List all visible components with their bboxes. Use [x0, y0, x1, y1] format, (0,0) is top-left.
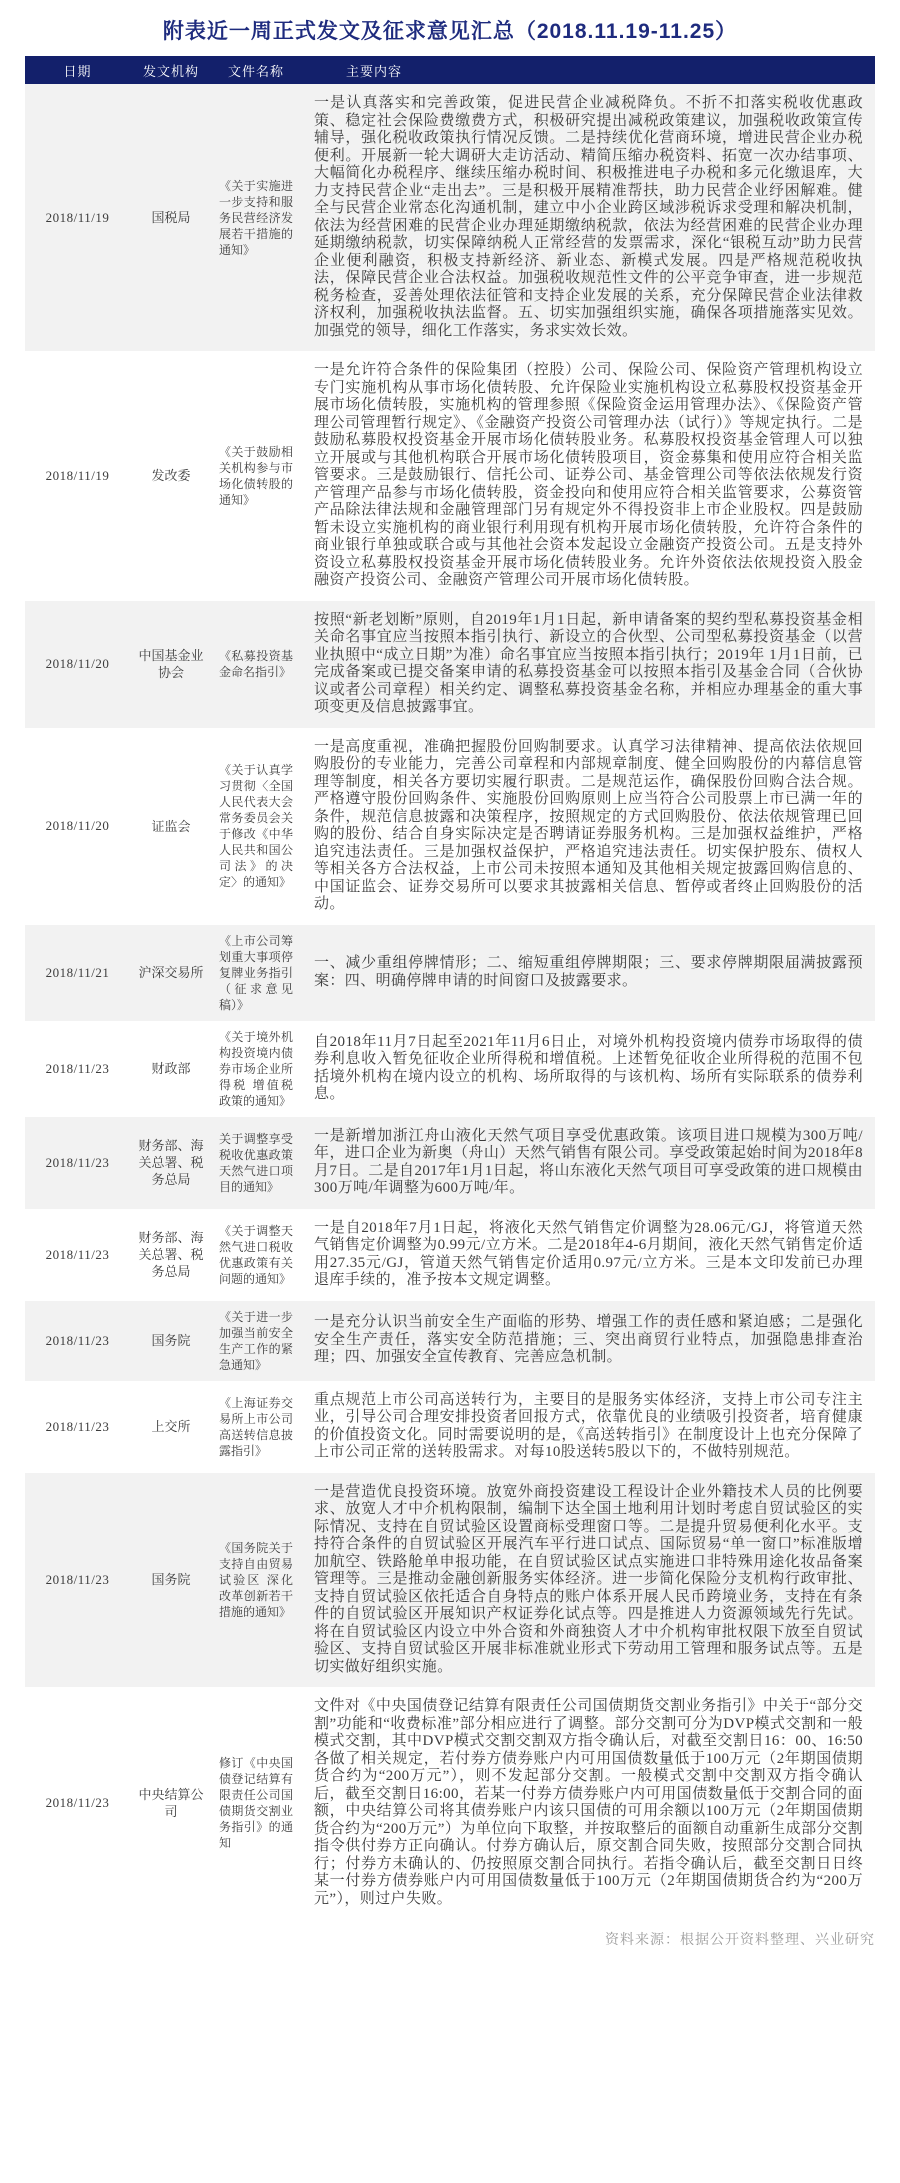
page-title: 附表近一周正式发文及征求意见汇总（2018.11.19-11.25） [25, 0, 875, 56]
date-cell: 2018/11/21 [25, 925, 130, 1021]
table-row: 2018/11/19 发改委 《关于鼓励相关机构参与市场化债转股的通知》 一是允… [25, 351, 875, 601]
document-name-cell: 《上市公司筹划重大事项停复牌业务指引（征求意见稿）》 [212, 925, 300, 1021]
agency-cell: 财务部、海关总署、税务总局 [130, 1209, 212, 1301]
agency-cell: 国税局 [130, 84, 212, 351]
content-cell: 自2018年11月7日起至2021年11月6日止，对境外机构投资境内债券市场取得… [300, 1021, 875, 1117]
table-row: 2018/11/23 国务院 《国务院关于支持自由贸易试验区 深化改革创新若干措… [25, 1473, 875, 1688]
table-header: 日期 发文机构 文件名称 主要内容 [25, 56, 875, 84]
content-cell: 按照“新老划断”原则，自2019年1月1日起，新申请备案的契约型私募投资基金相关… [300, 601, 875, 728]
page: 附表近一周正式发文及征求意见汇总（2018.11.19-11.25） 日期 发文… [0, 0, 900, 1963]
table-row: 2018/11/23 财政部 《关于境外机构投资境内债券市场企业所得税 增值税政… [25, 1021, 875, 1117]
table-row: 2018/11/20 证监会 《关于认真学习贯彻〈全国人民代表大会常务委员会关于… [25, 728, 875, 925]
date-cell: 2018/11/19 [25, 84, 130, 351]
date-cell: 2018/11/23 [25, 1117, 130, 1209]
agency-cell: 中国基金业协会 [130, 601, 212, 728]
header-date: 日期 [25, 56, 130, 84]
agency-cell: 国务院 [130, 1473, 212, 1688]
date-cell: 2018/11/23 [25, 1687, 130, 1919]
table-row: 2018/11/19 国税局 《关于实施进一步支持和服务民营经济发展若干措施的通… [25, 84, 875, 351]
content-cell: 一是自2018年7月1日起，将液化天然气销售定价调整为28.06元/GJ，将管道… [300, 1209, 875, 1301]
table-row: 2018/11/23 财务部、海关总署、税务总局 《关于调整天然气进口税收优惠政… [25, 1209, 875, 1301]
date-cell: 2018/11/19 [25, 351, 130, 601]
agency-cell: 中央结算公司 [130, 1687, 212, 1919]
date-cell: 2018/11/23 [25, 1021, 130, 1117]
document-name-cell: 《关于进一步加强当前安全生产工作的紧急通知》 [212, 1301, 300, 1381]
content-cell: 一是允许符合条件的保险集团（控股）公司、保险公司、保险资产管理机构设立专门实施机… [300, 351, 875, 601]
table-row: 2018/11/23 上交所 《上海证券交易所上市公司高送转信息披露指引》 重点… [25, 1381, 875, 1473]
table-row: 2018/11/23 财务部、海关总署、税务总局 关于调整享受税收优惠政策天然气… [25, 1117, 875, 1209]
document-name-cell: 《上海证券交易所上市公司高送转信息披露指引》 [212, 1381, 300, 1473]
content-cell: 一是营造优良投资环境。放宽外商投资建设工程设计企业外籍技术人员的比例要求、放宽人… [300, 1473, 875, 1688]
date-cell: 2018/11/20 [25, 601, 130, 728]
table-row: 2018/11/23 中央结算公司 修订《中央国债登记结算有限责任公司国债期货交… [25, 1687, 875, 1919]
agency-cell: 财务部、海关总署、税务总局 [130, 1117, 212, 1209]
agency-cell: 上交所 [130, 1381, 212, 1473]
content-cell: 重点规范上市公司高送转行为，主要目的是服务实体经济，支持上市公司专注主业，引导公… [300, 1381, 875, 1473]
agency-cell: 发改委 [130, 351, 212, 601]
content-cell: 一是认真落实和完善政策，促进民营企业减税降负。不折不扣落实税收优惠政策、稳定社会… [300, 84, 875, 351]
document-name-cell: 关于调整享受税收优惠政策天然气进口项目的通知》 [212, 1117, 300, 1209]
date-cell: 2018/11/23 [25, 1209, 130, 1301]
agency-cell: 沪深交易所 [130, 925, 212, 1021]
date-cell: 2018/11/23 [25, 1301, 130, 1381]
document-name-cell: 《关于调整天然气进口税收优惠政策有关问题的通知》 [212, 1209, 300, 1301]
announcements-table: 日期 发文机构 文件名称 主要内容 2018/11/19 国税局 《关于实施进一… [25, 56, 875, 1919]
agency-cell: 证监会 [130, 728, 212, 925]
agency-cell: 国务院 [130, 1301, 212, 1381]
table-row: 2018/11/21 沪深交易所 《上市公司筹划重大事项停复牌业务指引（征求意见… [25, 925, 875, 1021]
header-doc-name: 文件名称 [212, 56, 300, 84]
date-cell: 2018/11/23 [25, 1381, 130, 1473]
document-name-cell: 《关于境外机构投资境内债券市场企业所得税 增值税政策的通知》 [212, 1021, 300, 1117]
document-name-cell: 《关于实施进一步支持和服务民营经济发展若干措施的通知》 [212, 84, 300, 351]
document-name-cell: 《关于认真学习贯彻〈全国人民代表大会常务委员会关于修改《中华人民共和国公司法》的… [212, 728, 300, 925]
document-name-cell: 《关于鼓励相关机构参与市场化债转股的通知》 [212, 351, 300, 601]
table-row: 2018/11/23 国务院 《关于进一步加强当前安全生产工作的紧急通知》 一是… [25, 1301, 875, 1381]
content-cell: 一是新增加浙江舟山液化天然气项目享受优惠政策。该项目进口规模为300万吨/年，进… [300, 1117, 875, 1209]
content-cell: 一是充分认识当前安全生产面临的形势、增强工作的责任感和紧迫感；二是强化安全生产责… [300, 1301, 875, 1381]
agency-cell: 财政部 [130, 1021, 212, 1117]
content-cell: 一、减少重组停牌情形；二、缩短重组停牌期限；三、要求停牌期限届满披露预案：四、明… [300, 925, 875, 1021]
date-cell: 2018/11/23 [25, 1473, 130, 1688]
document-name-cell: 《国务院关于支持自由贸易试验区 深化改革创新若干措施的通知》 [212, 1473, 300, 1688]
header-agency: 发文机构 [130, 56, 212, 84]
content-cell: 一是高度重视，准确把握股份回购制要求。认真学习法律精神、提高依法依规回购股份的专… [300, 728, 875, 925]
content-cell: 文件对《中央国债登记结算有限责任公司国债期货交割业务指引》中关于“部分交割”功能… [300, 1687, 875, 1919]
source-note: 资料来源：根据公开资料整理、兴业研究 [25, 1919, 875, 1963]
table-row: 2018/11/20 中国基金业协会 《私募投资基金命名指引》 按照“新老划断”… [25, 601, 875, 728]
header-main-content: 主要内容 [300, 56, 875, 84]
date-cell: 2018/11/20 [25, 728, 130, 925]
document-name-cell: 修订《中央国债登记结算有限责任公司国债期货交割业务指引》的通知 [212, 1687, 300, 1919]
document-name-cell: 《私募投资基金命名指引》 [212, 601, 300, 728]
